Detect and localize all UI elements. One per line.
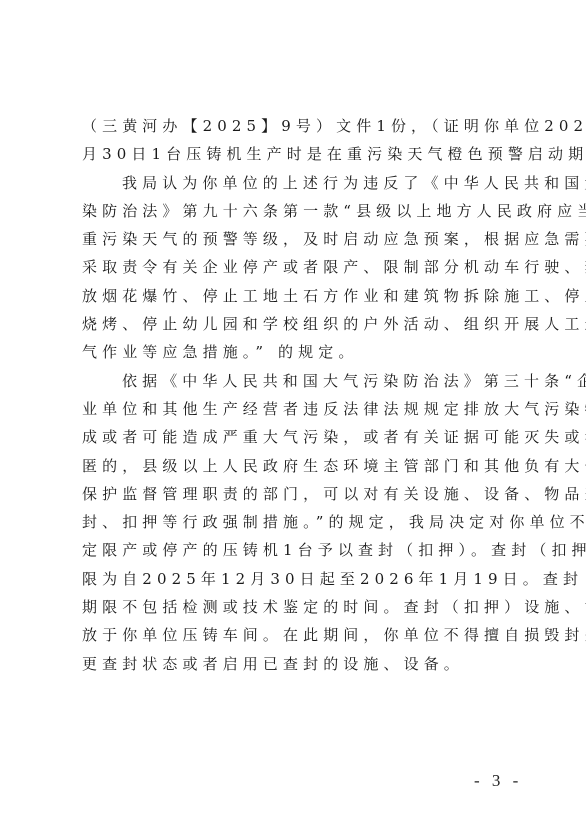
text-line: 期限不包括检测或技术鉴定的时间。查封（扣押）设施、设备存: [82, 593, 512, 621]
text-line: 月30日1台压铸机生产时是在重污染天气橙色预警启动期间）: [82, 140, 512, 168]
document-page: （三黄河办【2025】9号）文件1份，（证明你单位2025年12 月30日1台压…: [0, 0, 586, 828]
document-body: （三黄河办【2025】9号）文件1份，（证明你单位2025年12 月30日1台压…: [82, 112, 512, 678]
paragraph-start-line: 我局认为你单位的上述行为违反了《中华人民共和国大气污: [82, 169, 512, 197]
text-line: 烧烤、停止幼儿园和学校组织的户外活动、组织开展人工影响天: [82, 310, 512, 338]
text-line: 业单位和其他生产经营者违反法律法规规定排放大气污染物，造: [82, 395, 512, 423]
text-line: 封、扣押等行政强制措施。”的规定，我局决定对你单位不按规: [82, 508, 512, 536]
text-line: 匿的，县级以上人民政府生态环境主管部门和其他负有大气环境: [82, 452, 512, 480]
text-line: （三黄河办【2025】9号）文件1份，（证明你单位2025年12: [82, 112, 512, 140]
text-line: 放于你单位压铸车间。在此期间，你单位不得擅自损毁封条、变: [82, 621, 512, 649]
text-line: 保护监督管理职责的部门，可以对有关设施、设备、物品采取查: [82, 480, 512, 508]
text-line: 重污染天气的预警等级，及时启动应急预案，根据应急需要可以: [82, 225, 512, 253]
text-line: 限为自2025年12月30日起至2026年1月19日。查封（扣押）: [82, 565, 512, 593]
text-line: 定限产或停产的压铸机1台予以查封（扣押）。查封（扣押）期: [82, 536, 512, 564]
text-line: 更查封状态或者启用已查封的设施、设备。: [82, 650, 512, 678]
paragraph-start-line: 依据《中华人民共和国大气污染防治法》第三十条“企业事: [82, 367, 512, 395]
text-line: 放烟花爆竹、停止工地土石方作业和建筑物拆除施工、停止露天: [82, 282, 512, 310]
text-line: 气作业等应急措施。” 的规定。: [82, 338, 512, 366]
text-line: 采取责令有关企业停产或者限产、限制部分机动车行驶、禁止燃: [82, 253, 512, 281]
text-line: 染防治法》第九十六条第一款“县级以上地方人民政府应当依据: [82, 197, 512, 225]
text-line: 成或者可能造成严重大气污染，或者有关证据可能灭失或者被隐: [82, 423, 512, 451]
page-number: - 3 -: [474, 771, 522, 791]
